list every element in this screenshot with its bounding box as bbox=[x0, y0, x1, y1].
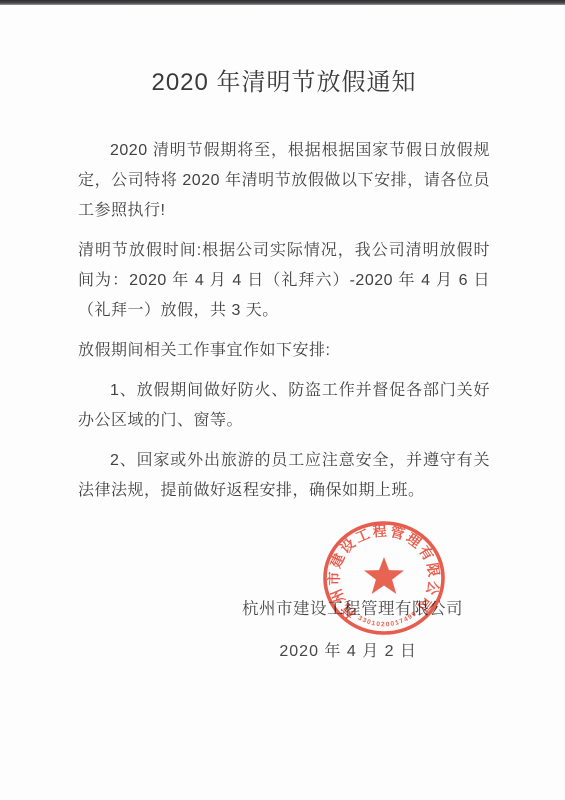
svg-text:3301020017499: 3301020017499 bbox=[357, 610, 419, 629]
page-title: 2020 年清明节放假通知 bbox=[78, 66, 490, 100]
paragraph-arrangements-heading: 放假期间相关工作事宜作如下安排: bbox=[78, 336, 490, 366]
star-icon bbox=[364, 557, 404, 594]
paragraph-intro: 2020 清明节假期将至，根据根据国家节假日放假规定，公司特将 2020 年清明… bbox=[78, 136, 490, 226]
paragraph-holiday-time: 清明节放假时间:根据公司实际情况，我公司清明放假时间为：2020 年 4 月 4… bbox=[78, 236, 490, 326]
company-seal-stamp: 杭州市建设工程管理有限公司 3301020017499 bbox=[316, 514, 452, 646]
scanned-document-page: 2020 年清明节放假通知 2020 清明节假期将至，根据根据国家节假日放假规定… bbox=[0, 0, 565, 800]
paragraph-item-1: 1、放假期间做好防火、防盗工作并督促各部门关好办公区域的门、窗等。 bbox=[78, 376, 490, 436]
stamp-serial-number: 3301020017499 bbox=[357, 610, 419, 629]
paragraph-item-2: 2、回家或外出旅游的员工应注意安全，并遵守有关法律法规，提前做好返程安排，确保如… bbox=[78, 446, 490, 506]
